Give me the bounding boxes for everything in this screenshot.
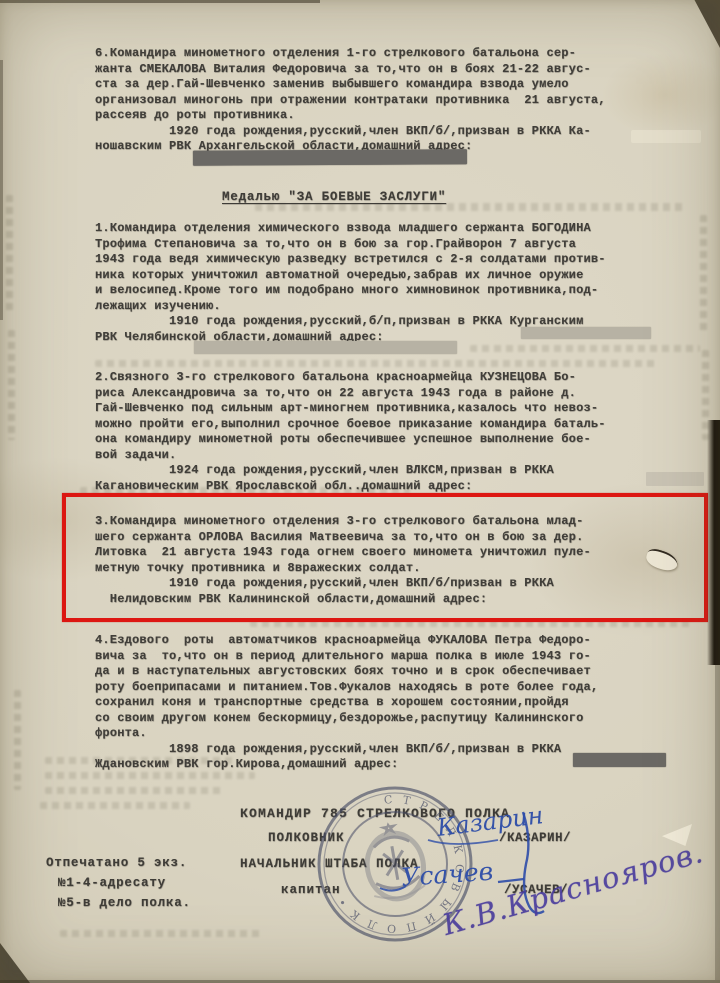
doc-line: ста за дер.Гай-Шевченко заменив выбывшег… (95, 77, 695, 93)
doc-line: и велосипед.Кроме того им подобрано мног… (95, 283, 695, 299)
scan-edge (690, 0, 720, 48)
doc-line: 2.Связного 3-го стрелкового батальона кр… (95, 370, 695, 386)
doc-line: вича за то,что он в период длительного м… (95, 649, 695, 665)
medal-section-heading: Медалью "ЗА БОЕВЫЕ ЗАСЛУГИ" (222, 190, 446, 204)
bleedthrough-artifact (45, 787, 225, 794)
redaction-bar (521, 327, 651, 339)
entry-2: 2.Связного 3-го стрелкового батальона кр… (95, 370, 695, 494)
redaction-bar (646, 472, 704, 486)
doc-line: Гай-Шевченко под сильным арт-миногнем пр… (95, 401, 695, 417)
doc-line: риса Александровича за то,что он 22 авгу… (95, 386, 695, 402)
stamp-coat-of-arms (360, 820, 428, 904)
redaction-bar (573, 753, 666, 767)
doc-line: 4.Ездового роты автоматчиков красноармей… (95, 633, 695, 649)
scan-edge (0, 0, 320, 3)
scan-edge (715, 660, 720, 980)
bleedthrough-artifact (255, 203, 685, 211)
bleedthrough-artifact (8, 330, 15, 440)
doc-line: Трофима Степановича за то,что он в бою з… (95, 237, 695, 253)
doc-line: 1920 года рождения,русский,член ВКП/б/,п… (95, 124, 695, 140)
entry-6: 6.Командира минометного отделения 1-го с… (95, 46, 695, 155)
bleedthrough-artifact (700, 215, 707, 335)
doc-line: сохранил коня и транспортные средства в … (95, 695, 695, 711)
redaction-bar (193, 149, 467, 165)
doc-line: 1924 года рождения,русский,член ВЛКСМ,пр… (95, 463, 695, 479)
red-highlight-box (62, 493, 708, 622)
doc-line: со своим другом конем бескормицу,бездоро… (95, 711, 695, 727)
doc-line: ника которых уничтожил автоматной очеред… (95, 268, 695, 284)
entry-4: 4.Ездового роты автоматчиков красноармей… (95, 633, 695, 773)
doc-line: фронта. (95, 726, 695, 742)
bleedthrough-artifact (45, 772, 255, 779)
doc-line: роту боеприпасами и питанием.Тов.Фукалов… (95, 680, 695, 696)
bleedthrough-artifact (702, 350, 709, 440)
doc-line: можно пройти его,выполнил срочное боевое… (95, 417, 695, 433)
bleedthrough-artifact (40, 802, 190, 809)
bleedthrough-artifact (470, 345, 700, 352)
doc-line: да и в наступательных августовских боях … (95, 664, 695, 680)
doc-line: вой задачи. (95, 448, 695, 464)
scanned-document-page: 6.Командира минометного отделения 1-го с… (0, 0, 720, 983)
bleedthrough-artifact (95, 360, 655, 367)
bleedthrough-artifact (60, 930, 260, 937)
print-note-line: Отпечатано 5 экз. (46, 856, 187, 870)
bleedthrough-artifact (6, 195, 13, 315)
scan-edge (0, 60, 3, 320)
doc-line: рассеяв до роты противника. (95, 108, 695, 124)
doc-line: 1.Командира отделения химического взвода… (95, 221, 695, 237)
doc-line: 1943 года ведя химическую разведку встре… (95, 252, 695, 268)
doc-line: лежащих изучению. (95, 299, 695, 315)
scan-edge (707, 420, 720, 665)
bleedthrough-artifact (14, 690, 21, 790)
doc-line: организовал миногонь при отражении контр… (95, 93, 695, 109)
print-note-line: №1-4-адресату (58, 876, 166, 890)
erasure-patch (631, 130, 701, 143)
scan-edge (0, 943, 30, 983)
doc-line: 6.Командира минометного отделения 1-го с… (95, 46, 695, 62)
doc-line: Кагановическим РВК Ярославской обл..дома… (95, 479, 695, 495)
print-note-line: №5-в дело полка. (58, 896, 191, 910)
doc-line: жанта СМЕКАЛОВА Виталия Федоровича за то… (95, 62, 695, 78)
commander-name: /КАЗАРИН/ (499, 831, 571, 845)
redaction-bar (194, 341, 457, 354)
doc-line: она командиру минометной роты обеспечивш… (95, 432, 695, 448)
